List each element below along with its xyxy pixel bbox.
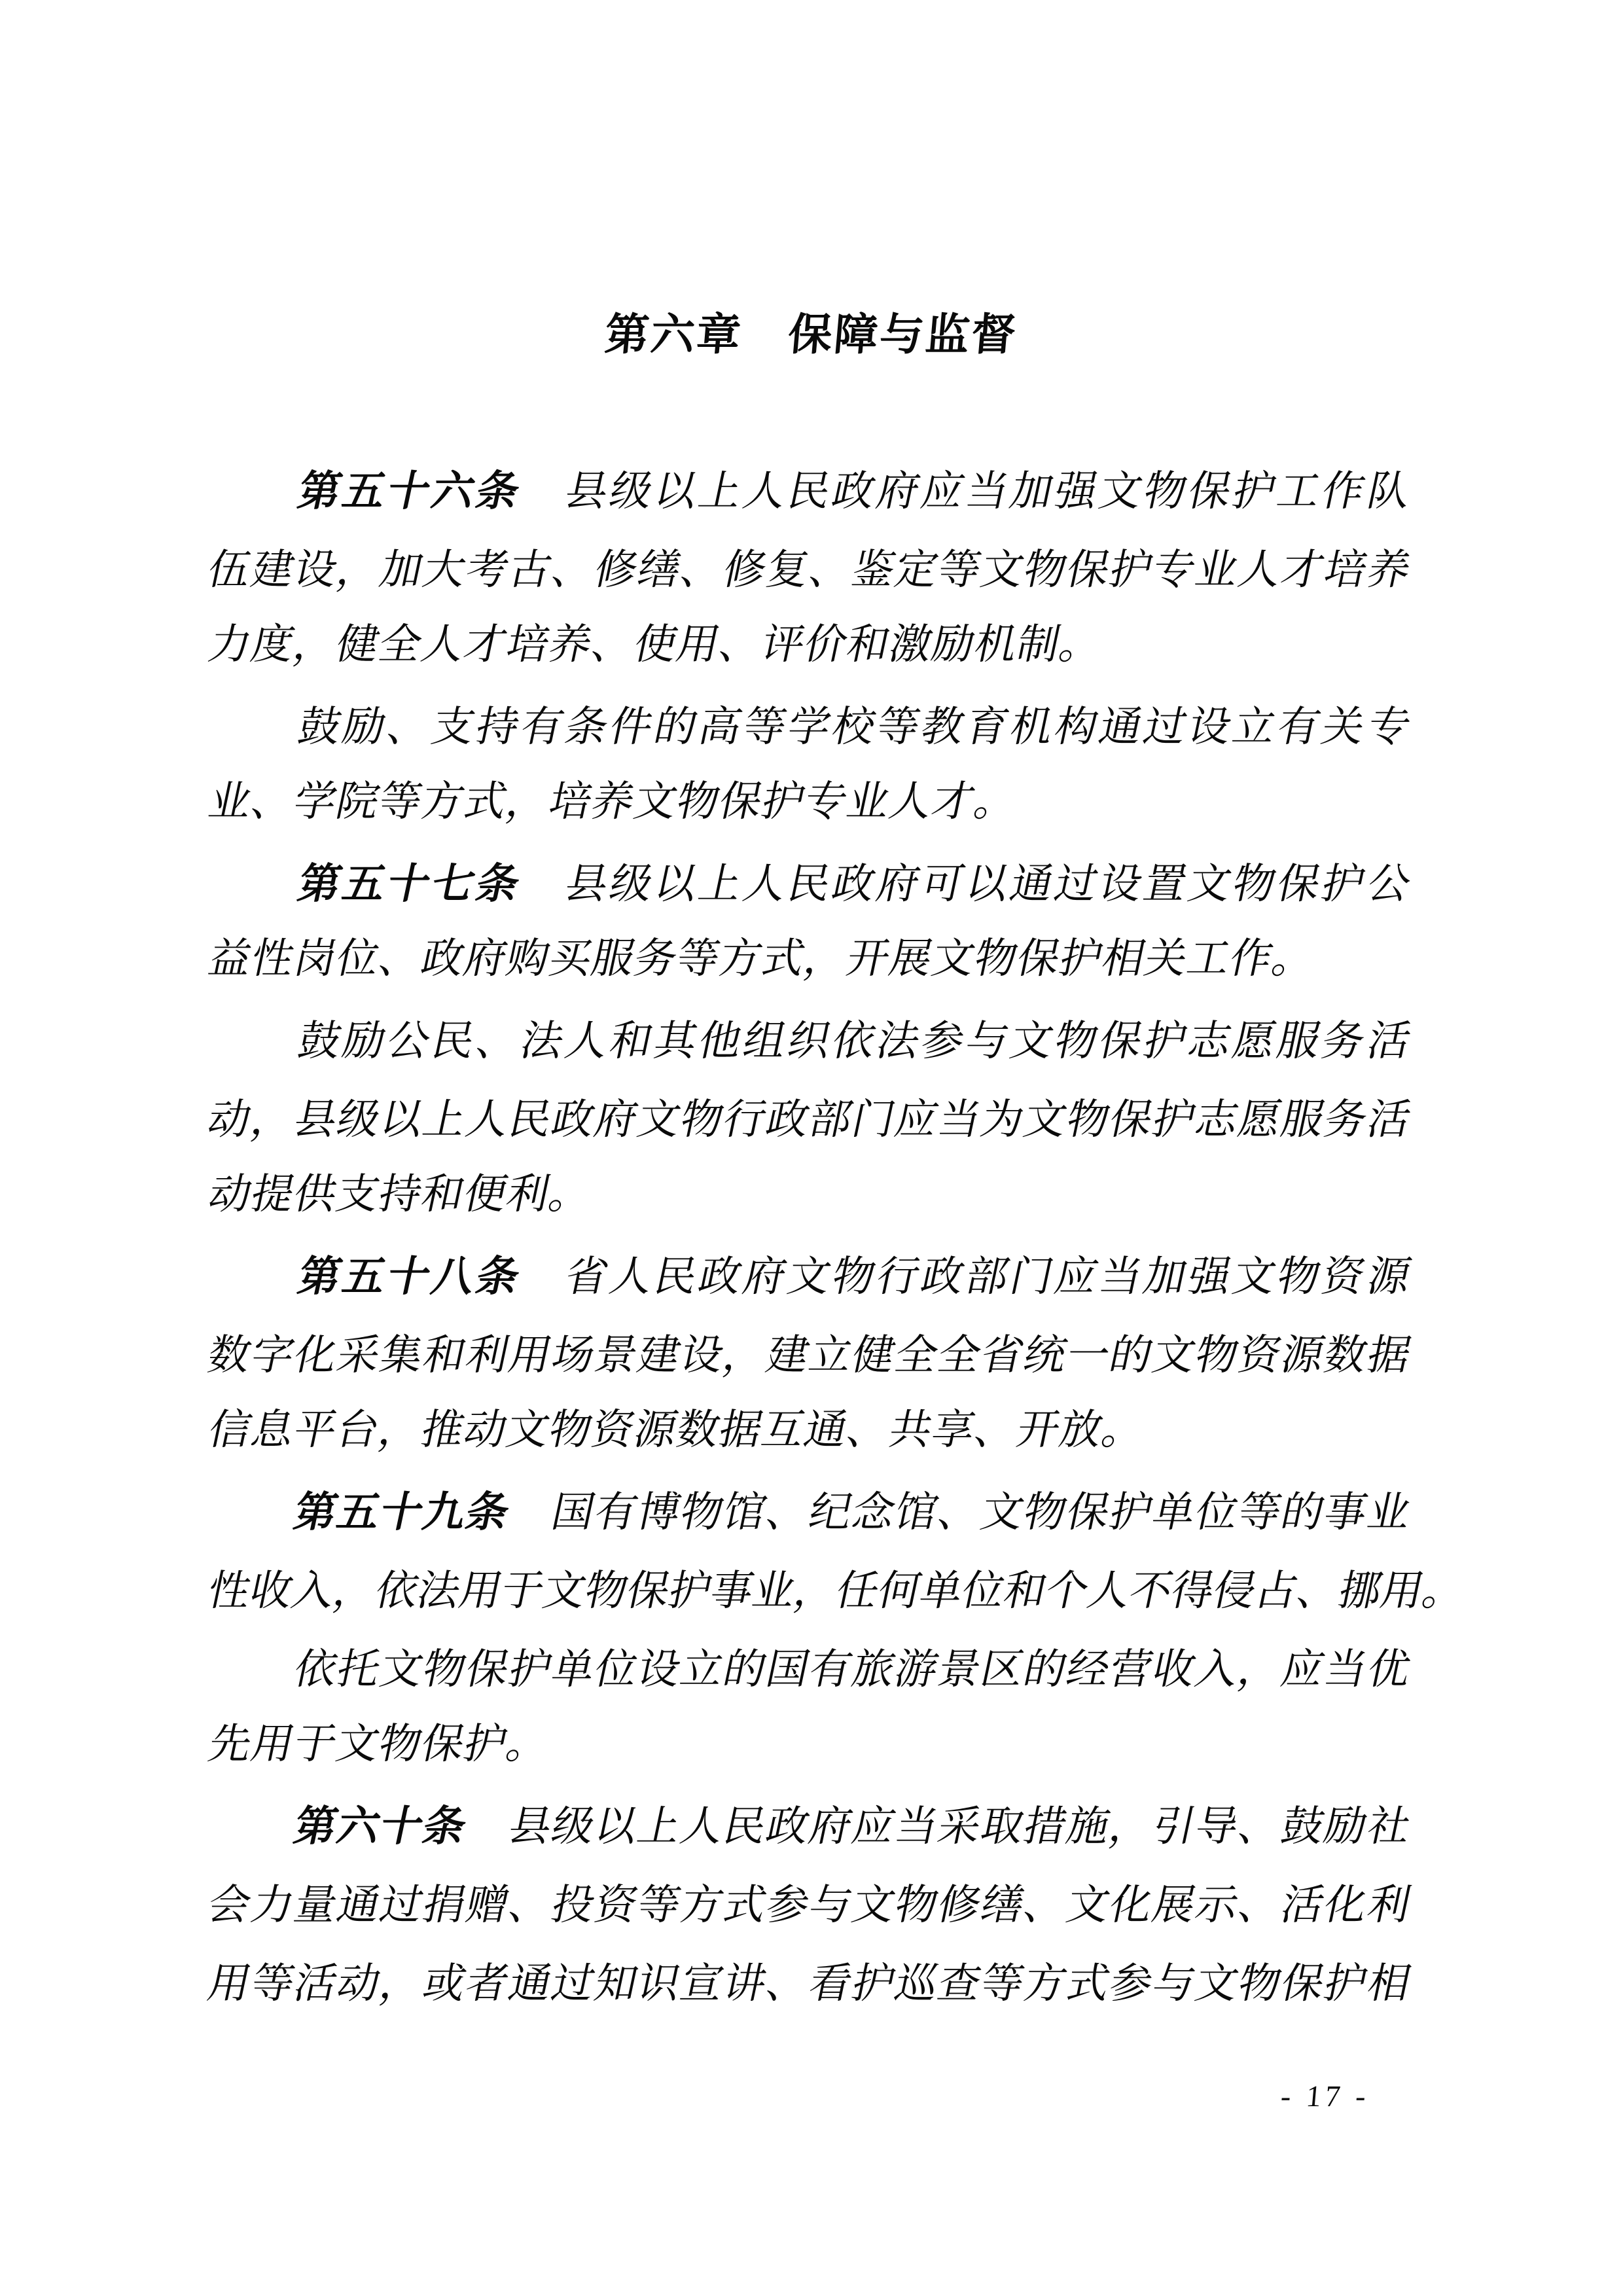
- text-line: 鼓励、支持有条件的高等学校等教育机构通过设立有关专: [201, 684, 1419, 762]
- text-line: 力度，健全人才培养、使用、评价和激励机制。: [201, 605, 1419, 684]
- line-text: 业、学院等方式，培养文物保护专业人才。: [205, 778, 1023, 825]
- line-text: 先用于文物保护。: [205, 1721, 555, 1767]
- text-line: 第五十六条县级以上人民政府应当加强文物保护工作队: [201, 448, 1419, 527]
- text-line: 数字化采集和利用场景建设，建立健全全省统一的文物资源数据: [201, 1312, 1419, 1391]
- line-text: 益性岗位、政府购买服务等方式，开展文物保护相关工作。: [205, 935, 1321, 982]
- text-line: 信息平台，推动文物资源数据互通、共享、开放。: [201, 1391, 1419, 1469]
- line-text: 信息平台，推动文物资源数据互通、共享、开放。: [205, 1407, 1150, 1453]
- text-line: 第六十条县级以上人民政府应当采取措施，引导、鼓励社: [201, 1784, 1419, 1862]
- text-line: 第五十八条省人民政府文物行政部门应当加强文物资源: [201, 1234, 1419, 1312]
- text-line: 依托文物保护单位设立的国有旅游景区的经营收入，应当优: [201, 1626, 1419, 1705]
- text-line: 动提供支持和便利。: [201, 1155, 1419, 1234]
- text-line: 性收入，依法用于文物保护事业，任何单位和个人不得侵占、挪用。: [201, 1548, 1419, 1626]
- chapter-title: 第六章 保障与监督: [0, 300, 1623, 363]
- text-line: 先用于文物保护。: [201, 1705, 1419, 1784]
- document-page: 第六章 保障与监督 第五十六条县级以上人民政府应当加强文物保护工作队伍建设，加大…: [0, 0, 1623, 2296]
- text-line: 第五十七条县级以上人民政府可以通过设置文物保护公: [201, 841, 1419, 920]
- text-line: 动，县级以上人民政府文物行政部门应当为文物保护志愿服务活: [201, 1077, 1419, 1155]
- text-line: 鼓励公民、法人和其他组织依法参与文物保护志愿服务活: [201, 998, 1419, 1077]
- text-line: 第五十九条国有博物馆、纪念馆、文物保护单位等的事业: [201, 1469, 1419, 1548]
- text-line: 益性岗位、政府购买服务等方式，开展文物保护相关工作。: [201, 920, 1419, 998]
- page-number: - 17 -: [1245, 2079, 1406, 2113]
- text-line: 业、学院等方式，培养文物保护专业人才。: [201, 762, 1419, 841]
- text-line: 伍建设，加大考古、修缮、修复、鉴定等文物保护专业人才培养: [201, 527, 1419, 605]
- document-body: 第五十六条县级以上人民政府应当加强文物保护工作队伍建设，加大考古、修缮、修复、鉴…: [209, 448, 1411, 2019]
- text-line: 会力量通过捐赠、投资等方式参与文物修缮、文化展示、活化利: [201, 1862, 1419, 1941]
- text-line: 用等活动，或者通过知识宣讲、看护巡查等方式参与文物保护相: [201, 1941, 1419, 2019]
- line-text: 力度，健全人才培养、使用、评价和激励机制。: [205, 621, 1108, 668]
- line-text: 动提供支持和便利。: [205, 1171, 597, 1217]
